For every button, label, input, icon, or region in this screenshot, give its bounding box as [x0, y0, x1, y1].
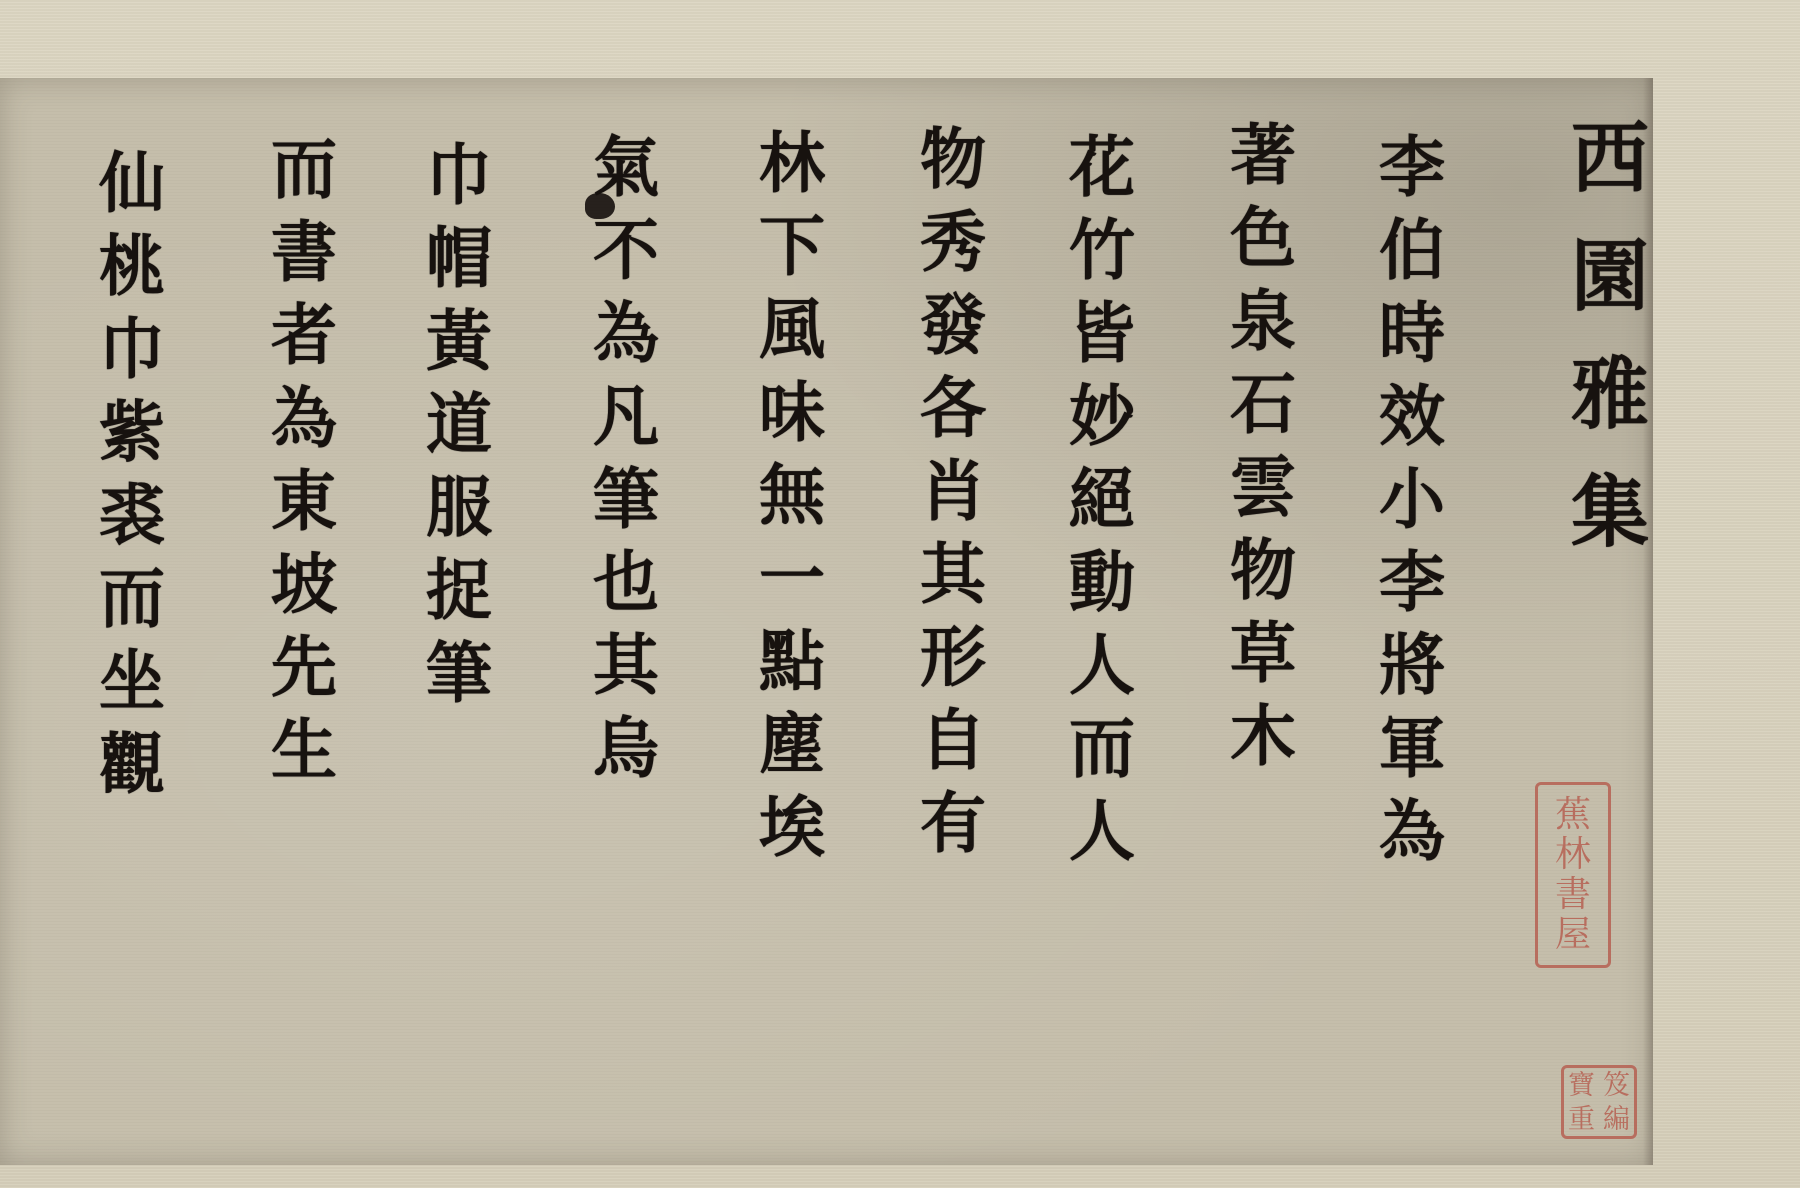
glyph: 竹: [1047, 209, 1157, 292]
glyph: 石: [1208, 363, 1318, 446]
glyph: 生: [249, 709, 359, 792]
glyph: 著: [1208, 114, 1318, 197]
glyph: 捉: [404, 549, 514, 632]
glyph: 李: [1357, 541, 1467, 624]
text-column-1: 李 伯 時 效 小 李 將 軍 為: [1357, 126, 1467, 873]
glyph: 點: [737, 620, 847, 703]
glyph: 坡: [249, 543, 359, 626]
calligraphy-paper: 西 園 雅 集 李 伯 時 效 小 李 將 軍 為 著 色 泉 石 雲 物 草 …: [0, 78, 1653, 1165]
glyph: 裘: [77, 474, 187, 557]
glyph: 下: [737, 205, 847, 288]
glyph: 而: [77, 557, 187, 640]
glyph: 各: [898, 367, 1008, 450]
seal-glyph: 蕉: [1555, 797, 1591, 833]
seal-glyph: 笈: [1599, 1072, 1634, 1099]
glyph: 坐: [77, 640, 187, 723]
glyph: 絕: [1047, 458, 1157, 541]
title-char: 集: [1555, 454, 1665, 572]
glyph: 其: [898, 533, 1008, 616]
glyph: 草: [1208, 612, 1318, 695]
text-column-3: 花 竹 皆 妙 絕 動 人 而 人: [1047, 126, 1157, 873]
glyph: 秀: [898, 201, 1008, 284]
seal-glyph: 屋: [1555, 917, 1591, 953]
title-char: 雅: [1555, 336, 1665, 454]
glyph: 不: [571, 209, 681, 292]
seal-glyph: 寶: [1564, 1072, 1599, 1099]
glyph: 味: [737, 371, 847, 454]
glyph: 巾: [404, 134, 514, 217]
collector-seal-square: 寶 笈 重 編: [1561, 1065, 1637, 1139]
glyph: 將: [1357, 624, 1467, 707]
glyph: 泉: [1208, 280, 1318, 363]
glyph: 雲: [1208, 446, 1318, 529]
seal-glyph: 書: [1555, 877, 1591, 913]
glyph: 為: [571, 292, 681, 375]
glyph: 仙: [77, 142, 187, 225]
text-column-9: 仙 桃 巾 紫 裘 而 坐 觀: [77, 142, 187, 806]
glyph: 動: [1047, 541, 1157, 624]
glyph: 其: [571, 624, 681, 707]
glyph: 凡: [571, 375, 681, 458]
glyph: 林: [737, 122, 847, 205]
glyph: 發: [898, 284, 1008, 367]
glyph: 物: [1208, 529, 1318, 612]
glyph: 筆: [571, 458, 681, 541]
glyph: 而: [249, 128, 359, 211]
glyph: 道: [404, 383, 514, 466]
glyph: 巾: [77, 308, 187, 391]
glyph: 為: [1357, 790, 1467, 873]
seal-glyph: 林: [1555, 837, 1591, 873]
glyph: 桃: [77, 225, 187, 308]
glyph: 時: [1357, 292, 1467, 375]
collector-seal-tall: 蕉 林 書 屋: [1535, 782, 1611, 968]
glyph: 先: [249, 626, 359, 709]
glyph: 東: [249, 460, 359, 543]
glyph: 服: [404, 466, 514, 549]
text-column-8: 而 書 者 為 東 坡 先 生: [249, 128, 359, 792]
seal-glyph: 重: [1564, 1106, 1599, 1133]
glyph: 伯: [1357, 209, 1467, 292]
glyph: 為: [249, 377, 359, 460]
text-column-5: 林 下 風 味 無 一 點 塵 埃: [737, 122, 847, 869]
glyph: 木: [1208, 695, 1318, 778]
glyph: 皆: [1047, 292, 1157, 375]
glyph: 肖: [898, 450, 1008, 533]
glyph: 無: [737, 454, 847, 537]
glyph: 軍: [1357, 707, 1467, 790]
glyph: 者: [249, 294, 359, 377]
glyph: 氣: [571, 126, 681, 209]
title-char: 西: [1555, 100, 1665, 218]
glyph: 形: [898, 616, 1008, 699]
glyph: 風: [737, 288, 847, 371]
glyph: 小: [1357, 458, 1467, 541]
title-column: 西 園 雅 集: [1555, 100, 1665, 572]
glyph: 紫: [77, 391, 187, 474]
glyph: 埃: [737, 786, 847, 869]
glyph: 烏: [571, 707, 681, 790]
text-column-7: 巾 帽 黃 道 服 捉 筆: [404, 134, 514, 715]
glyph: 塵: [737, 703, 847, 786]
glyph: 李: [1357, 126, 1467, 209]
glyph: 效: [1357, 375, 1467, 458]
glyph: 筆: [404, 632, 514, 715]
glyph: 也: [571, 541, 681, 624]
glyph: 色: [1208, 197, 1318, 280]
glyph: 花: [1047, 126, 1157, 209]
glyph: 自: [898, 699, 1008, 782]
glyph: 人: [1047, 624, 1157, 707]
glyph: 帽: [404, 217, 514, 300]
glyph: 人: [1047, 790, 1157, 873]
text-column-4: 物 秀 發 各 肖 其 形 自 有: [898, 118, 1008, 865]
glyph: 有: [898, 782, 1008, 865]
glyph: 妙: [1047, 375, 1157, 458]
text-column-2: 著 色 泉 石 雲 物 草 木: [1208, 114, 1318, 778]
seal-glyph: 編: [1599, 1106, 1634, 1133]
glyph: 觀: [77, 723, 187, 806]
title-char: 園: [1555, 218, 1665, 336]
glyph: 而: [1047, 707, 1157, 790]
glyph: 書: [249, 211, 359, 294]
glyph: 一: [737, 537, 847, 620]
glyph: 物: [898, 118, 1008, 201]
glyph: 黃: [404, 300, 514, 383]
text-column-6: 氣 不 為 凡 筆 也 其 烏: [571, 126, 681, 790]
